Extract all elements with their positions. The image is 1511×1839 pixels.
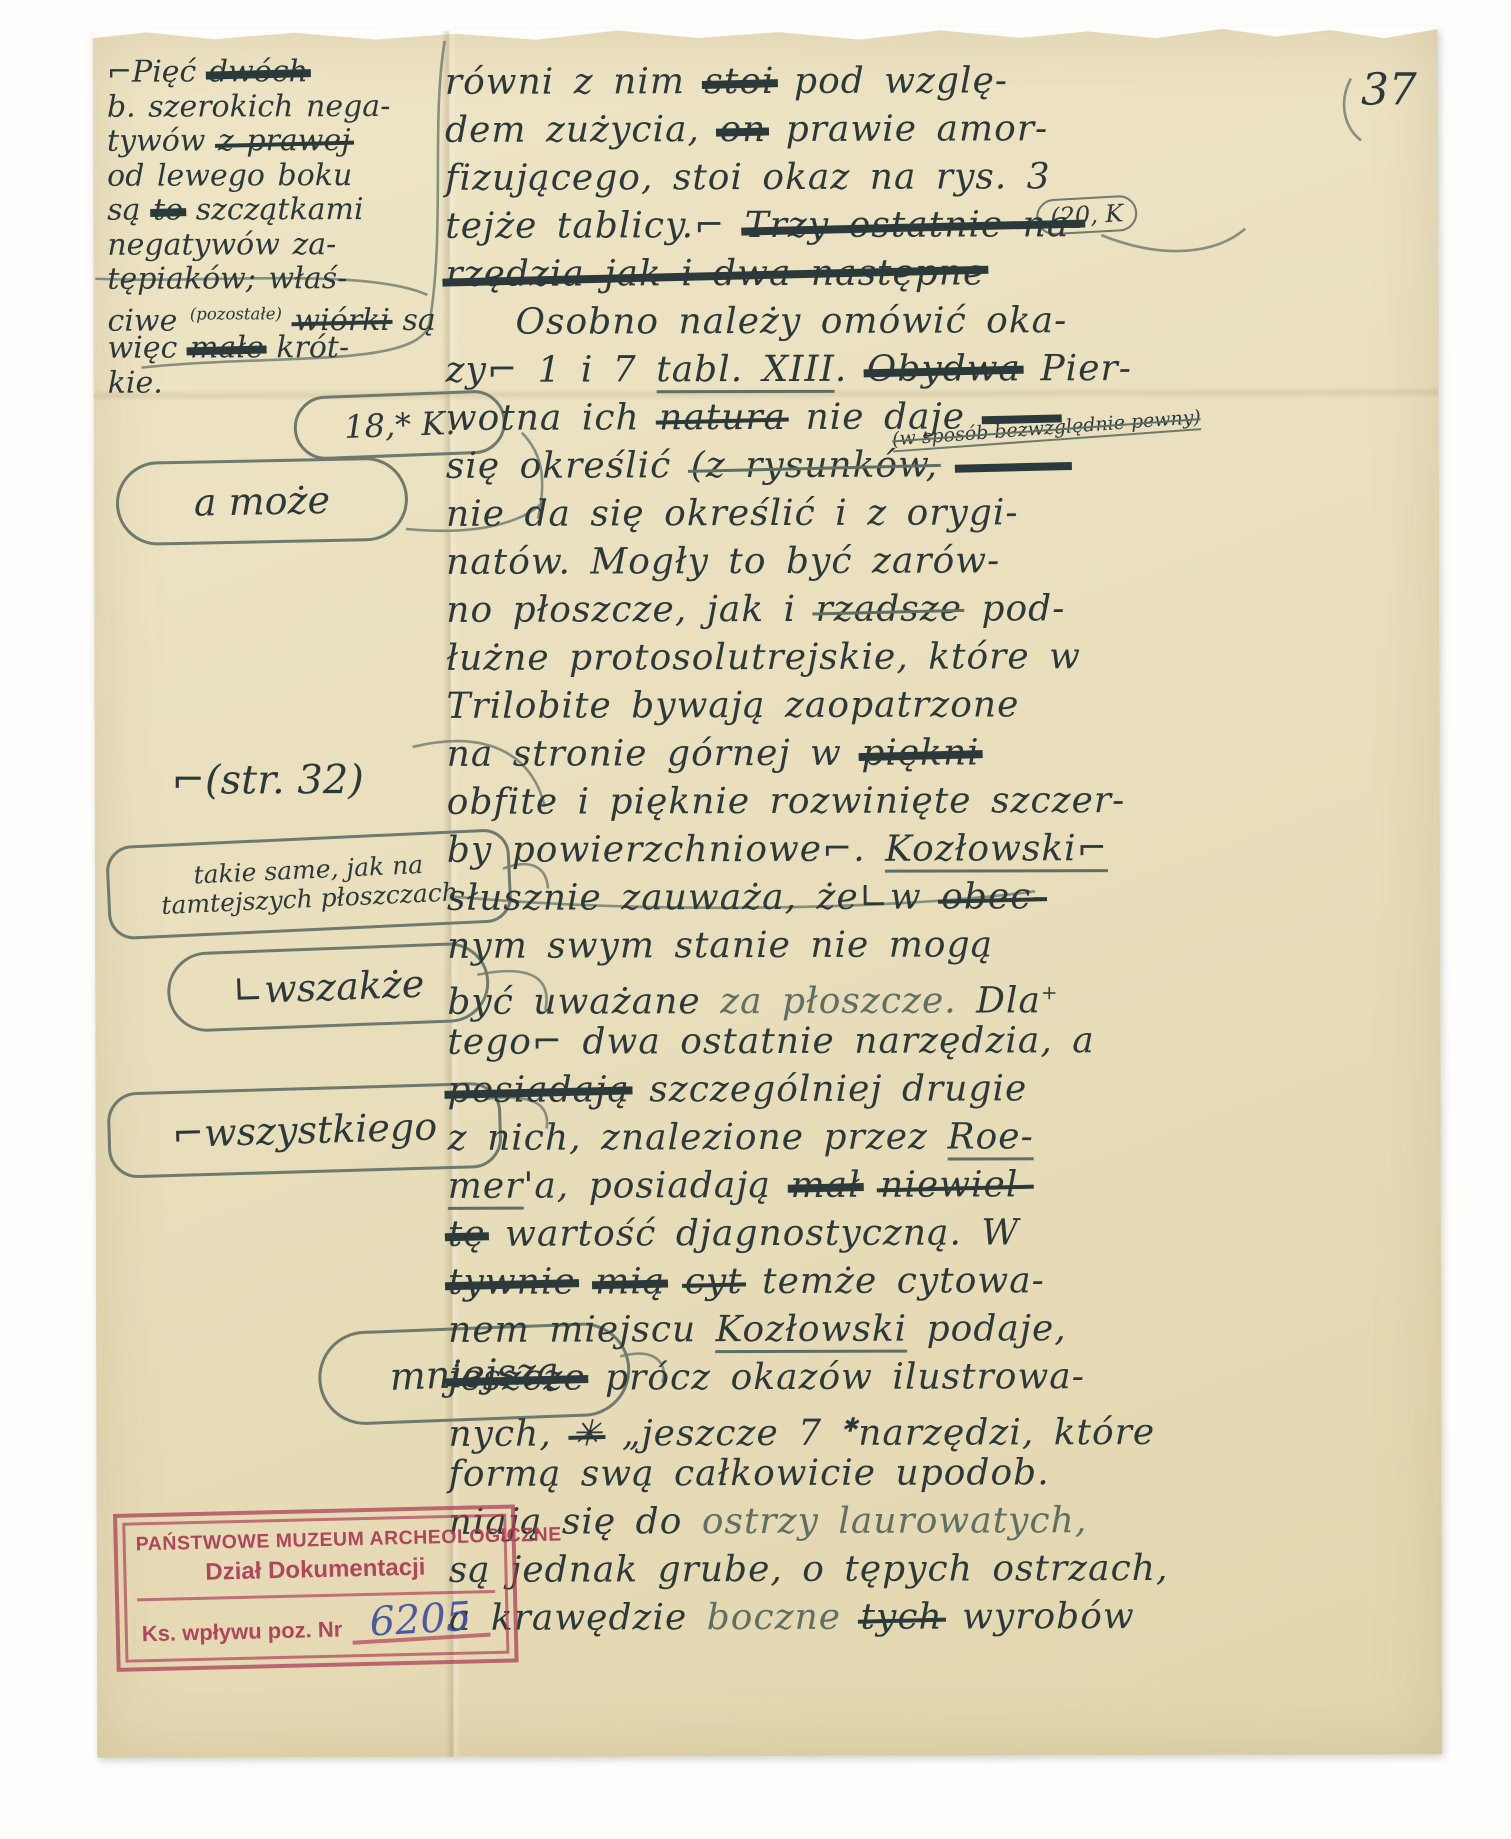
text-segment: są bbox=[107, 193, 153, 228]
text-segment: łużne protosolutrejskie, które w bbox=[446, 636, 1081, 679]
text-segment-strike2: dwóch bbox=[209, 54, 308, 89]
text-line: tę wartość djagnostyczną. W bbox=[448, 1208, 1433, 1259]
text-segment: krót- bbox=[264, 330, 349, 365]
text-segment-strike: natura bbox=[659, 397, 786, 438]
text-segment: by powierzchniowe⌐. bbox=[447, 829, 885, 871]
text-segment: . bbox=[835, 349, 867, 390]
museum-stamp: PAŃSTWOWE MUZEUM ARCHEOLOGICZNE Dział Do… bbox=[113, 1504, 519, 1671]
text-line: rzędzia jak i dwa następne bbox=[445, 248, 1430, 299]
text-line: nem miejscu Kozłowski podaje, bbox=[448, 1304, 1433, 1355]
text-line: tywów z prawej bbox=[107, 124, 443, 159]
text-segment-under: Kozłowski⌐ bbox=[885, 828, 1108, 873]
text-segment-sup: (pozostałe) bbox=[190, 304, 282, 323]
text-segment-light: za płoszcze. bbox=[720, 981, 957, 1023]
margin-top-note: ⌐Pięć dwóchb. szerokich nega-tywów z pra… bbox=[107, 55, 444, 401]
text-segment: negatywów za- bbox=[107, 227, 336, 263]
text-segment: są jednak grube, o tępych ostrzach, bbox=[449, 1548, 1169, 1591]
text-line: tejże tablicy.⌐ Trzy ostatnie na- bbox=[445, 200, 1430, 251]
text-line: tego⌐ dwa ostatnie narzędzia, a bbox=[447, 1016, 1432, 1067]
text-segment bbox=[861, 1165, 881, 1206]
text-segment: natów. Mogły to być zarów- bbox=[446, 540, 1000, 582]
text-segment: temże cytowa- bbox=[743, 1260, 1045, 1302]
text-segment-under: Roe- bbox=[947, 1116, 1033, 1160]
margin-note-wszystkiego: ⌐wszystkiego bbox=[106, 1082, 502, 1179]
margin-note-18k-label: 18,* K. bbox=[344, 404, 456, 446]
text-segment: na stronie górnej w bbox=[447, 733, 862, 775]
text-segment: wyrobów bbox=[943, 1596, 1135, 1638]
text-segment-strike: obec- bbox=[941, 876, 1044, 917]
text-segment-strike2: mią bbox=[595, 1261, 665, 1302]
text-segment-strike: z prawej bbox=[218, 123, 351, 158]
text-line: by powierzchniowe⌐. Kozłowski⌐ bbox=[447, 824, 1432, 875]
text-segment-strike2: małe bbox=[190, 330, 264, 365]
text-segment: fizującego, stoi okaz na rys. 3 bbox=[445, 156, 1051, 199]
margin-note-str-32: ⌐(str. 32) bbox=[117, 737, 419, 824]
text-segment: więc bbox=[108, 331, 190, 366]
text-line: są jednak grube, o tępych ostrzach, bbox=[449, 1544, 1434, 1595]
text-line: z nich, znalezione przez Roe- bbox=[448, 1112, 1433, 1163]
text-line: mer'a, posiadają mał niewiel- bbox=[448, 1160, 1433, 1211]
text-line: się określić (z rysunków, ——— bbox=[446, 440, 1431, 491]
text-segment: narzędzi, które bbox=[858, 1412, 1155, 1454]
text-line: negatywów za- bbox=[107, 227, 443, 262]
text-segment: prawie amor- bbox=[766, 108, 1048, 150]
text-line: obfite i pięknie rozwinięte szczer- bbox=[447, 776, 1432, 827]
text-segment-under: mer bbox=[448, 1166, 524, 1210]
text-segment: Pier- bbox=[1021, 348, 1132, 389]
text-segment-light: boczne bbox=[707, 1597, 841, 1638]
text-segment: ⌐Pięć bbox=[107, 54, 209, 89]
text-segment bbox=[841, 1597, 861, 1638]
text-segment: podaje, bbox=[907, 1308, 1067, 1349]
text-line: ⌐Pięć dwóch bbox=[107, 55, 443, 90]
text-line: niają się do ostrzy laurowatych, bbox=[449, 1496, 1434, 1547]
text-segment: się określić bbox=[446, 445, 691, 487]
text-segment: nem miejscu bbox=[448, 1309, 716, 1351]
text-segment: prócz okazów ilustrowa- bbox=[586, 1356, 1085, 1398]
text-segment-strike: ✳ bbox=[571, 1413, 602, 1454]
text-segment: „jeszcze 7 bbox=[602, 1413, 841, 1455]
text-segment-strike2: tę bbox=[448, 1214, 486, 1255]
text-line: zy⌐ 1 i 7 tabl. XIII. Obydwa Pier- bbox=[446, 344, 1431, 395]
text-segment-light: ostrzy laurowatych, bbox=[702, 1500, 1088, 1542]
text-segment-strike2: tywnie bbox=[448, 1262, 576, 1303]
text-line: a krawędzie boczne tych wyrobów bbox=[449, 1592, 1434, 1643]
text-segment-strike2: piękni bbox=[861, 732, 979, 773]
text-segment-strike2: mał bbox=[790, 1165, 860, 1206]
text-line: ciwe (pozostałe) wiórki są bbox=[107, 296, 443, 331]
text-line: nych, ✳ „jeszcze 7 ✱narzędzi, które bbox=[448, 1400, 1433, 1451]
text-line: no płoszcze, jak i rzadsze pod- bbox=[446, 584, 1431, 635]
text-line: tywnie mią cyt temże cytowa- bbox=[448, 1256, 1433, 1307]
text-segment: nym swym stanie nie mogą bbox=[447, 924, 993, 966]
text-line: łużne protosolutrejskie, które w bbox=[446, 632, 1431, 683]
stamp-department-name: Dział Dokumentacji bbox=[136, 1548, 495, 1601]
text-line: wotna ich natura nie daje —— bbox=[446, 392, 1431, 443]
margin-note-wszakze: ∟wszakże bbox=[166, 941, 491, 1033]
main-text: równi z nim stoi pod wzglę-dem zużycia, … bbox=[445, 56, 1434, 1643]
text-line: od lewego boku bbox=[107, 158, 443, 193]
text-line: jeszcze prócz okazów ilustrowa- bbox=[448, 1352, 1433, 1403]
text-segment: są bbox=[390, 302, 436, 337]
text-line: tępiaków; właś- bbox=[107, 262, 443, 297]
text-segment-strikelight: rzadsze bbox=[816, 588, 963, 629]
text-segment-sup: ✱ bbox=[842, 1414, 859, 1437]
text-line: nie da się określić i z orygi- bbox=[446, 488, 1431, 539]
text-segment-sup: + bbox=[1041, 981, 1058, 1004]
stamp-register-label: Ks. wpływu poz. Nr bbox=[142, 1617, 343, 1648]
text-segment-strike2: jeszcze bbox=[448, 1357, 585, 1398]
text-segment: szczątkami bbox=[183, 192, 363, 227]
text-line: posiadają szczególniej drugie bbox=[447, 1064, 1432, 1115]
stamp-register-number: 6205 bbox=[351, 1601, 491, 1645]
text-line: być uważane za płoszcze. Dla+ bbox=[447, 968, 1432, 1019]
text-segment: Trilobite bywają zaopatrzone bbox=[446, 684, 1019, 726]
text-segment: 'a, posiadają bbox=[523, 1165, 790, 1207]
text-segment-strike2: stoi bbox=[704, 61, 774, 102]
text-line: słusznie zauważa, że∟w obec- bbox=[447, 872, 1432, 923]
text-segment-strike2: rzędzia jak i dwa następne bbox=[445, 252, 985, 294]
text-line: fizującego, stoi okaz na rys. 3 bbox=[445, 152, 1430, 203]
text-segment: Osobno należy omówić oka- bbox=[515, 300, 1067, 342]
manuscript-page: 37 ⌐Pięć dwóchb. szerokich nega-tywów z … bbox=[93, 28, 1443, 1758]
margin-note-wszakze-label: ∟wszakże bbox=[231, 962, 425, 1013]
text-line: dem zużycia, on prawie amor- bbox=[445, 104, 1430, 155]
text-line: równi z nim stoi pod wzglę- bbox=[445, 56, 1430, 107]
text-line: b. szerokich nega- bbox=[107, 89, 443, 124]
text-segment: od lewego boku bbox=[107, 158, 352, 194]
text-line: są to szczątkami bbox=[107, 193, 443, 228]
text-segment: pod- bbox=[962, 588, 1065, 629]
text-segment: tywów bbox=[107, 123, 218, 158]
text-segment: formą swą całkowicie upodob. bbox=[448, 1452, 1049, 1495]
text-segment: b. szerokich nega- bbox=[107, 88, 390, 124]
text-segment: pod wzglę- bbox=[774, 60, 1008, 102]
text-segment: Dla bbox=[957, 980, 1041, 1021]
text-segment-under: Kozłowski bbox=[716, 1309, 908, 1354]
text-segment: wotna ich bbox=[446, 397, 659, 439]
text-segment-strike2: Obydwa bbox=[867, 348, 1021, 389]
text-segment-under: tabl. XIII bbox=[656, 349, 835, 393]
text-segment: równi z nim bbox=[445, 61, 705, 103]
text-segment: być uważane bbox=[447, 981, 720, 1023]
text-segment: kie. bbox=[108, 365, 163, 400]
text-segment-strike2: Trzy ostatnie na- bbox=[745, 204, 1083, 246]
text-segment-strike2: to bbox=[153, 193, 183, 228]
text-segment: tego⌐ dwa ostatnie narzędzia, a bbox=[447, 1020, 1094, 1063]
margin-note-a-moze-label: a może bbox=[193, 478, 330, 525]
museum-stamp-inner-border: PAŃSTWOWE MUZEUM ARCHEOLOGICZNE Dział Do… bbox=[122, 1514, 509, 1663]
text-line: Osobno należy omówić oka- bbox=[445, 296, 1430, 347]
text-segment: obfite i pięknie rozwinięte szczer- bbox=[447, 780, 1126, 823]
text-segment bbox=[665, 1261, 685, 1302]
text-line: natów. Mogły to być zarów- bbox=[446, 536, 1431, 587]
text-segment: dem zużycia, bbox=[445, 109, 720, 151]
text-segment: nie daje bbox=[786, 396, 984, 438]
text-segment-strike2: posiadają bbox=[447, 1069, 629, 1110]
margin-note-a-moze: a może bbox=[115, 456, 409, 546]
text-segment-strike: cyt bbox=[685, 1261, 743, 1302]
text-segment-strike2: —— bbox=[984, 396, 1058, 437]
text-line: nym swym stanie nie mogą bbox=[447, 920, 1432, 971]
text-segment: z nich, znalezione przez bbox=[448, 1117, 948, 1159]
text-segment-strike2: ——— bbox=[957, 444, 1068, 485]
text-line: Trilobite bywają zaopatrzone bbox=[446, 680, 1431, 731]
text-segment: słusznie zauważa, że∟w bbox=[447, 877, 941, 919]
text-segment: szczególniej drugie bbox=[630, 1068, 1028, 1110]
text-segment-strike: niewiel- bbox=[880, 1164, 1031, 1205]
margin-note-wszystkiego-label: ⌐wszystkiego bbox=[172, 1104, 438, 1156]
text-segment-strikelight: (z rysunków, bbox=[691, 445, 938, 487]
text-segment: wartość djagnostyczną. W bbox=[486, 1212, 1020, 1254]
text-segment: no płoszcze, jak i bbox=[446, 589, 815, 631]
text-line: na stronie górnej w piękni bbox=[447, 728, 1432, 779]
text-segment: nych, bbox=[448, 1414, 571, 1455]
text-segment-strike: tych bbox=[860, 1597, 942, 1638]
margin-note-str-32-label: ⌐(str. 32) bbox=[171, 757, 364, 804]
text-segment-strike2: on bbox=[719, 109, 766, 150]
text-line: formą swą całkowicie upodob. bbox=[448, 1448, 1433, 1499]
text-segment: nie da się określić i z orygi- bbox=[446, 492, 1019, 534]
text-segment: tępiaków; właś- bbox=[107, 261, 347, 297]
text-segment: zy⌐ 1 i 7 bbox=[446, 349, 657, 391]
text-segment: tejże tablicy.⌐ bbox=[445, 205, 745, 247]
